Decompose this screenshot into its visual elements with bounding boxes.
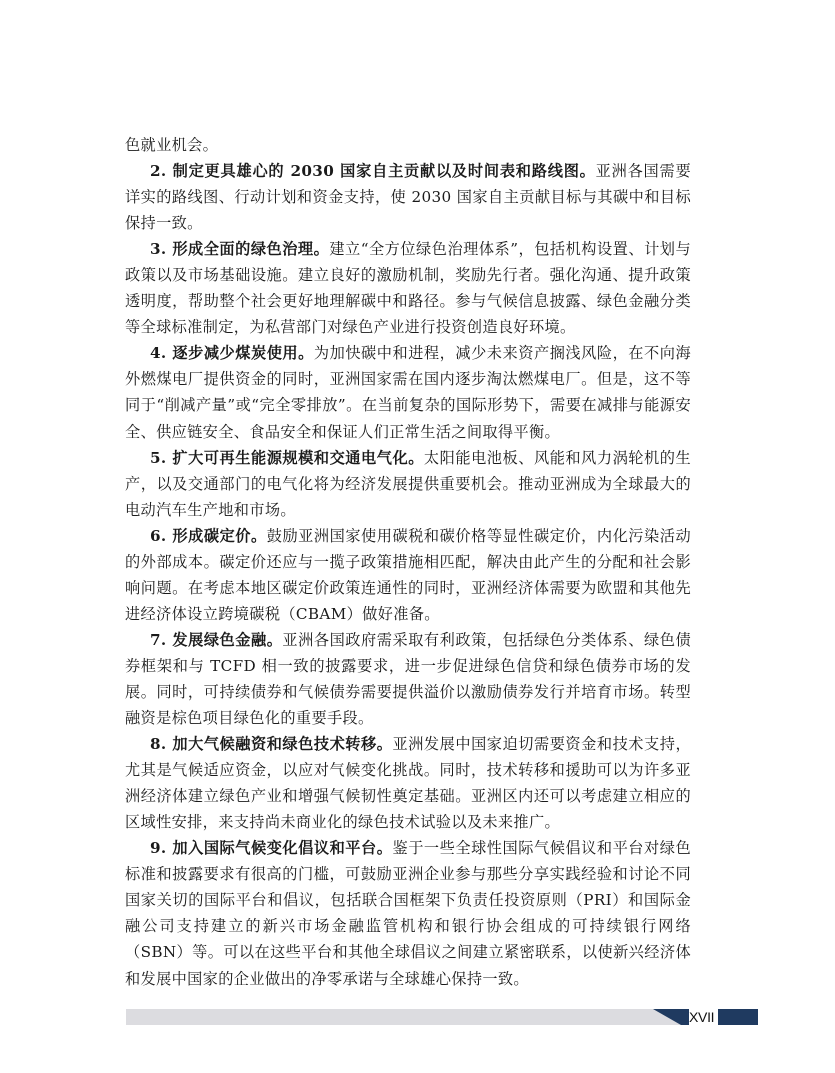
paragraph-heading: 7. 发展绿色金融。 xyxy=(150,631,282,649)
document-page: 色就业机会。 2. 制定更具雄心的 2030 国家自主贡献以及时间表和路线图。亚… xyxy=(0,0,835,1073)
paragraph-heading: 8. 加大气候融资和绿色技术转移。 xyxy=(150,735,392,753)
paragraph-body: 鉴于一些全球性国际气候倡议和平台对绿色标准和披露要求有很高的门槛，可鼓励亚洲企业… xyxy=(125,839,691,987)
page-number: XVII xyxy=(689,1009,718,1025)
paragraph-heading: 6. 形成碳定价。 xyxy=(150,527,267,545)
paragraph-item-3: 3. 形成全面的绿色治理。建立“全方位绿色治理体系”，包括机构设置、计划与政策以… xyxy=(125,236,691,340)
body-text: 色就业机会。 2. 制定更具雄心的 2030 国家自主贡献以及时间表和路线图。亚… xyxy=(125,132,691,992)
paragraph-item-8: 8. 加大气候融资和绿色技术转移。亚洲发展中国家迫切需要资金和技术支持，尤其是气… xyxy=(125,731,691,835)
footer-blue-block-right xyxy=(718,1009,758,1025)
paragraph-item-9: 9. 加入国际气候变化倡议和平台。鉴于一些全球性国际气候倡议和平台对绿色标准和披… xyxy=(125,835,691,991)
paragraph-heading: 3. 形成全面的绿色治理。 xyxy=(150,240,329,258)
paragraph-continuation: 色就业机会。 xyxy=(125,132,691,158)
paragraph-item-6: 6. 形成碳定价。鼓励亚洲国家使用碳税和碳价格等显性碳定价，内化污染活动的外部成… xyxy=(125,523,691,627)
paragraph-item-7: 7. 发展绿色金融。亚洲各国政府需采取有利政策，包括绿色分类体系、绿色债券框架和… xyxy=(125,627,691,731)
paragraph-item-2: 2. 制定更具雄心的 2030 国家自主贡献以及时间表和路线图。亚洲各国需要详实… xyxy=(125,158,691,236)
paragraph-heading: 4. 逐步减少煤炭使用。 xyxy=(150,344,314,362)
paragraph-heading: 5. 扩大可再生能源规模和交通电气化。 xyxy=(150,449,424,467)
paragraph-heading: 9. 加入国际气候变化倡议和平台。 xyxy=(150,839,392,857)
footer-blue-block-left xyxy=(681,1009,689,1025)
paragraph-item-4: 4. 逐步减少煤炭使用。为加快碳中和进程，减少未来资产搁浅风险，在不向海外燃煤电… xyxy=(125,340,691,444)
footer-gray-band xyxy=(126,1009,686,1025)
page-footer-bar: XVII xyxy=(126,1009,758,1025)
paragraph-body: 色就业机会。 xyxy=(125,136,218,154)
footer-diagonal-accent xyxy=(653,1009,681,1025)
paragraph-item-5: 5. 扩大可再生能源规模和交通电气化。太阳能电池板、风能和风力涡轮机的生产，以及… xyxy=(125,445,691,523)
paragraph-heading: 2. 制定更具雄心的 2030 国家自主贡献以及时间表和路线图。 xyxy=(150,162,596,180)
